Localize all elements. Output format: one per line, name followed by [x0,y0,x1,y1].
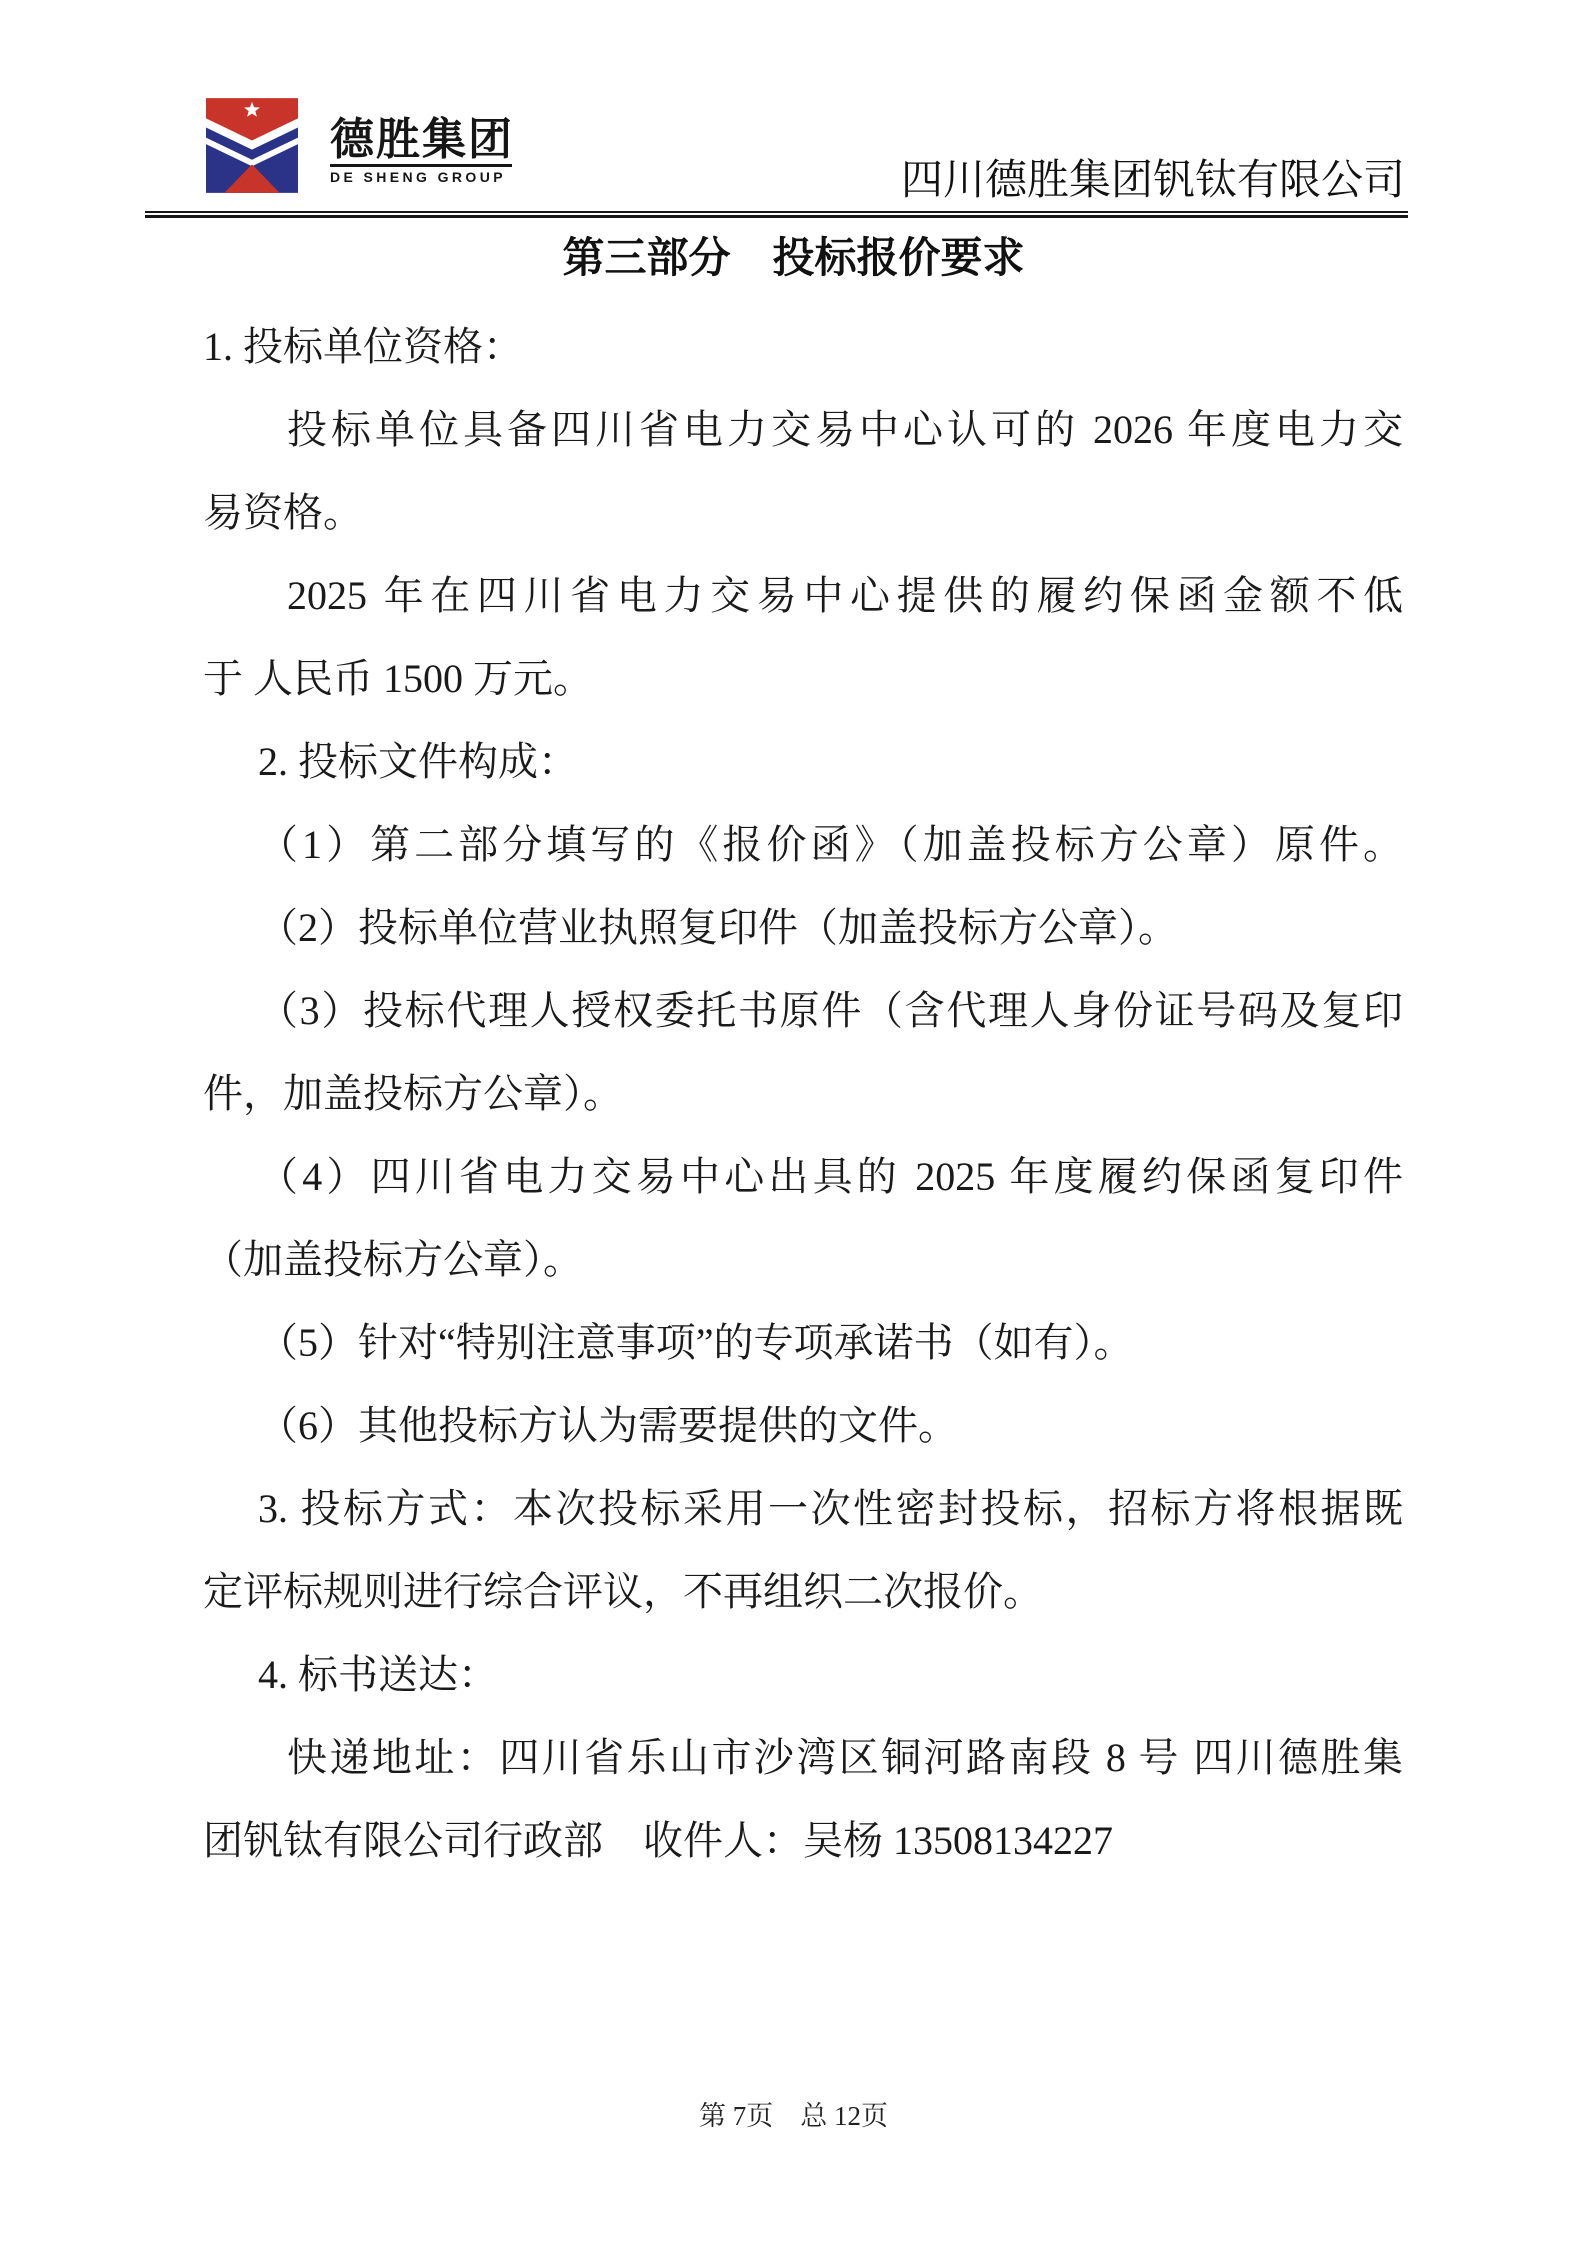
body-line: （4）四川省电力交易中心出具的 2025 年度履约保函复印件 [203,1135,1403,1218]
body-line: （5）针对“特别注意事项”的专项承诺书（如有）。 [203,1301,1403,1384]
body-line: 2. 投标文件构成： [203,720,1403,803]
logo-cn-name: 德胜集团 [330,118,530,162]
desheng-group-emblem-icon [206,97,298,194]
body-line: 2025 年在四川省电力交易中心提供的履约保函金额不低 [203,554,1403,637]
body-line: 3. 投标方式：本次投标采用一次性密封投标，招标方将根据既 [203,1467,1403,1550]
body-line: 1. 投标单位资格： [203,305,1403,388]
document-body: 1. 投标单位资格： 投标单位具备四川省电力交易中心认可的 2026 年度电力交… [203,305,1403,1882]
header-company-name: 四川德胜集团钒钛有限公司 [901,158,1405,204]
body-line: （3）投标代理人授权委托书原件（含代理人身份证号码及复印 [203,969,1403,1052]
body-line: （6）其他投标方认为需要提供的文件。 [203,1384,1403,1467]
body-line: （2）投标单位营业执照复印件（加盖投标方公章）。 [203,886,1403,969]
body-line: 易资格。 [203,471,1403,554]
body-line: 团钒钛有限公司行政部 收件人：吴杨 13508134227 [203,1799,1403,1882]
document-title: 第三部分 投标报价要求 [0,233,1587,285]
body-line: 投标单位具备四川省电力交易中心认可的 2026 年度电力交 [203,388,1403,471]
body-line: 于 人民币 1500 万元。 [203,637,1403,720]
body-line: 4. 标书送达： [203,1633,1403,1716]
logo-wordmark: 德胜集团 DE SHENG GROUP [330,118,530,185]
header-rule [145,211,1408,218]
body-line: 快递地址：四川省乐山市沙湾区铜河路南段 8 号 四川德胜集 [203,1716,1403,1799]
body-line: 定评标规则进行综合评议，不再组织二次报价。 [203,1550,1403,1633]
body-line: 件，加盖投标方公章）。 [203,1052,1403,1135]
body-line: （加盖投标方公章）。 [203,1218,1403,1301]
logo-en-name: DE SHENG GROUP [330,169,530,185]
page-number-indicator: 第 7页 总 12页 [0,2100,1587,2132]
body-line: （1）第二部分填写的《报价函》（加盖投标方公章）原件。 [203,803,1403,886]
logo-underline [330,164,512,167]
document-page: 德胜集团 DE SHENG GROUP 四川德胜集团钒钛有限公司 第三部分 投标… [0,0,1587,2245]
